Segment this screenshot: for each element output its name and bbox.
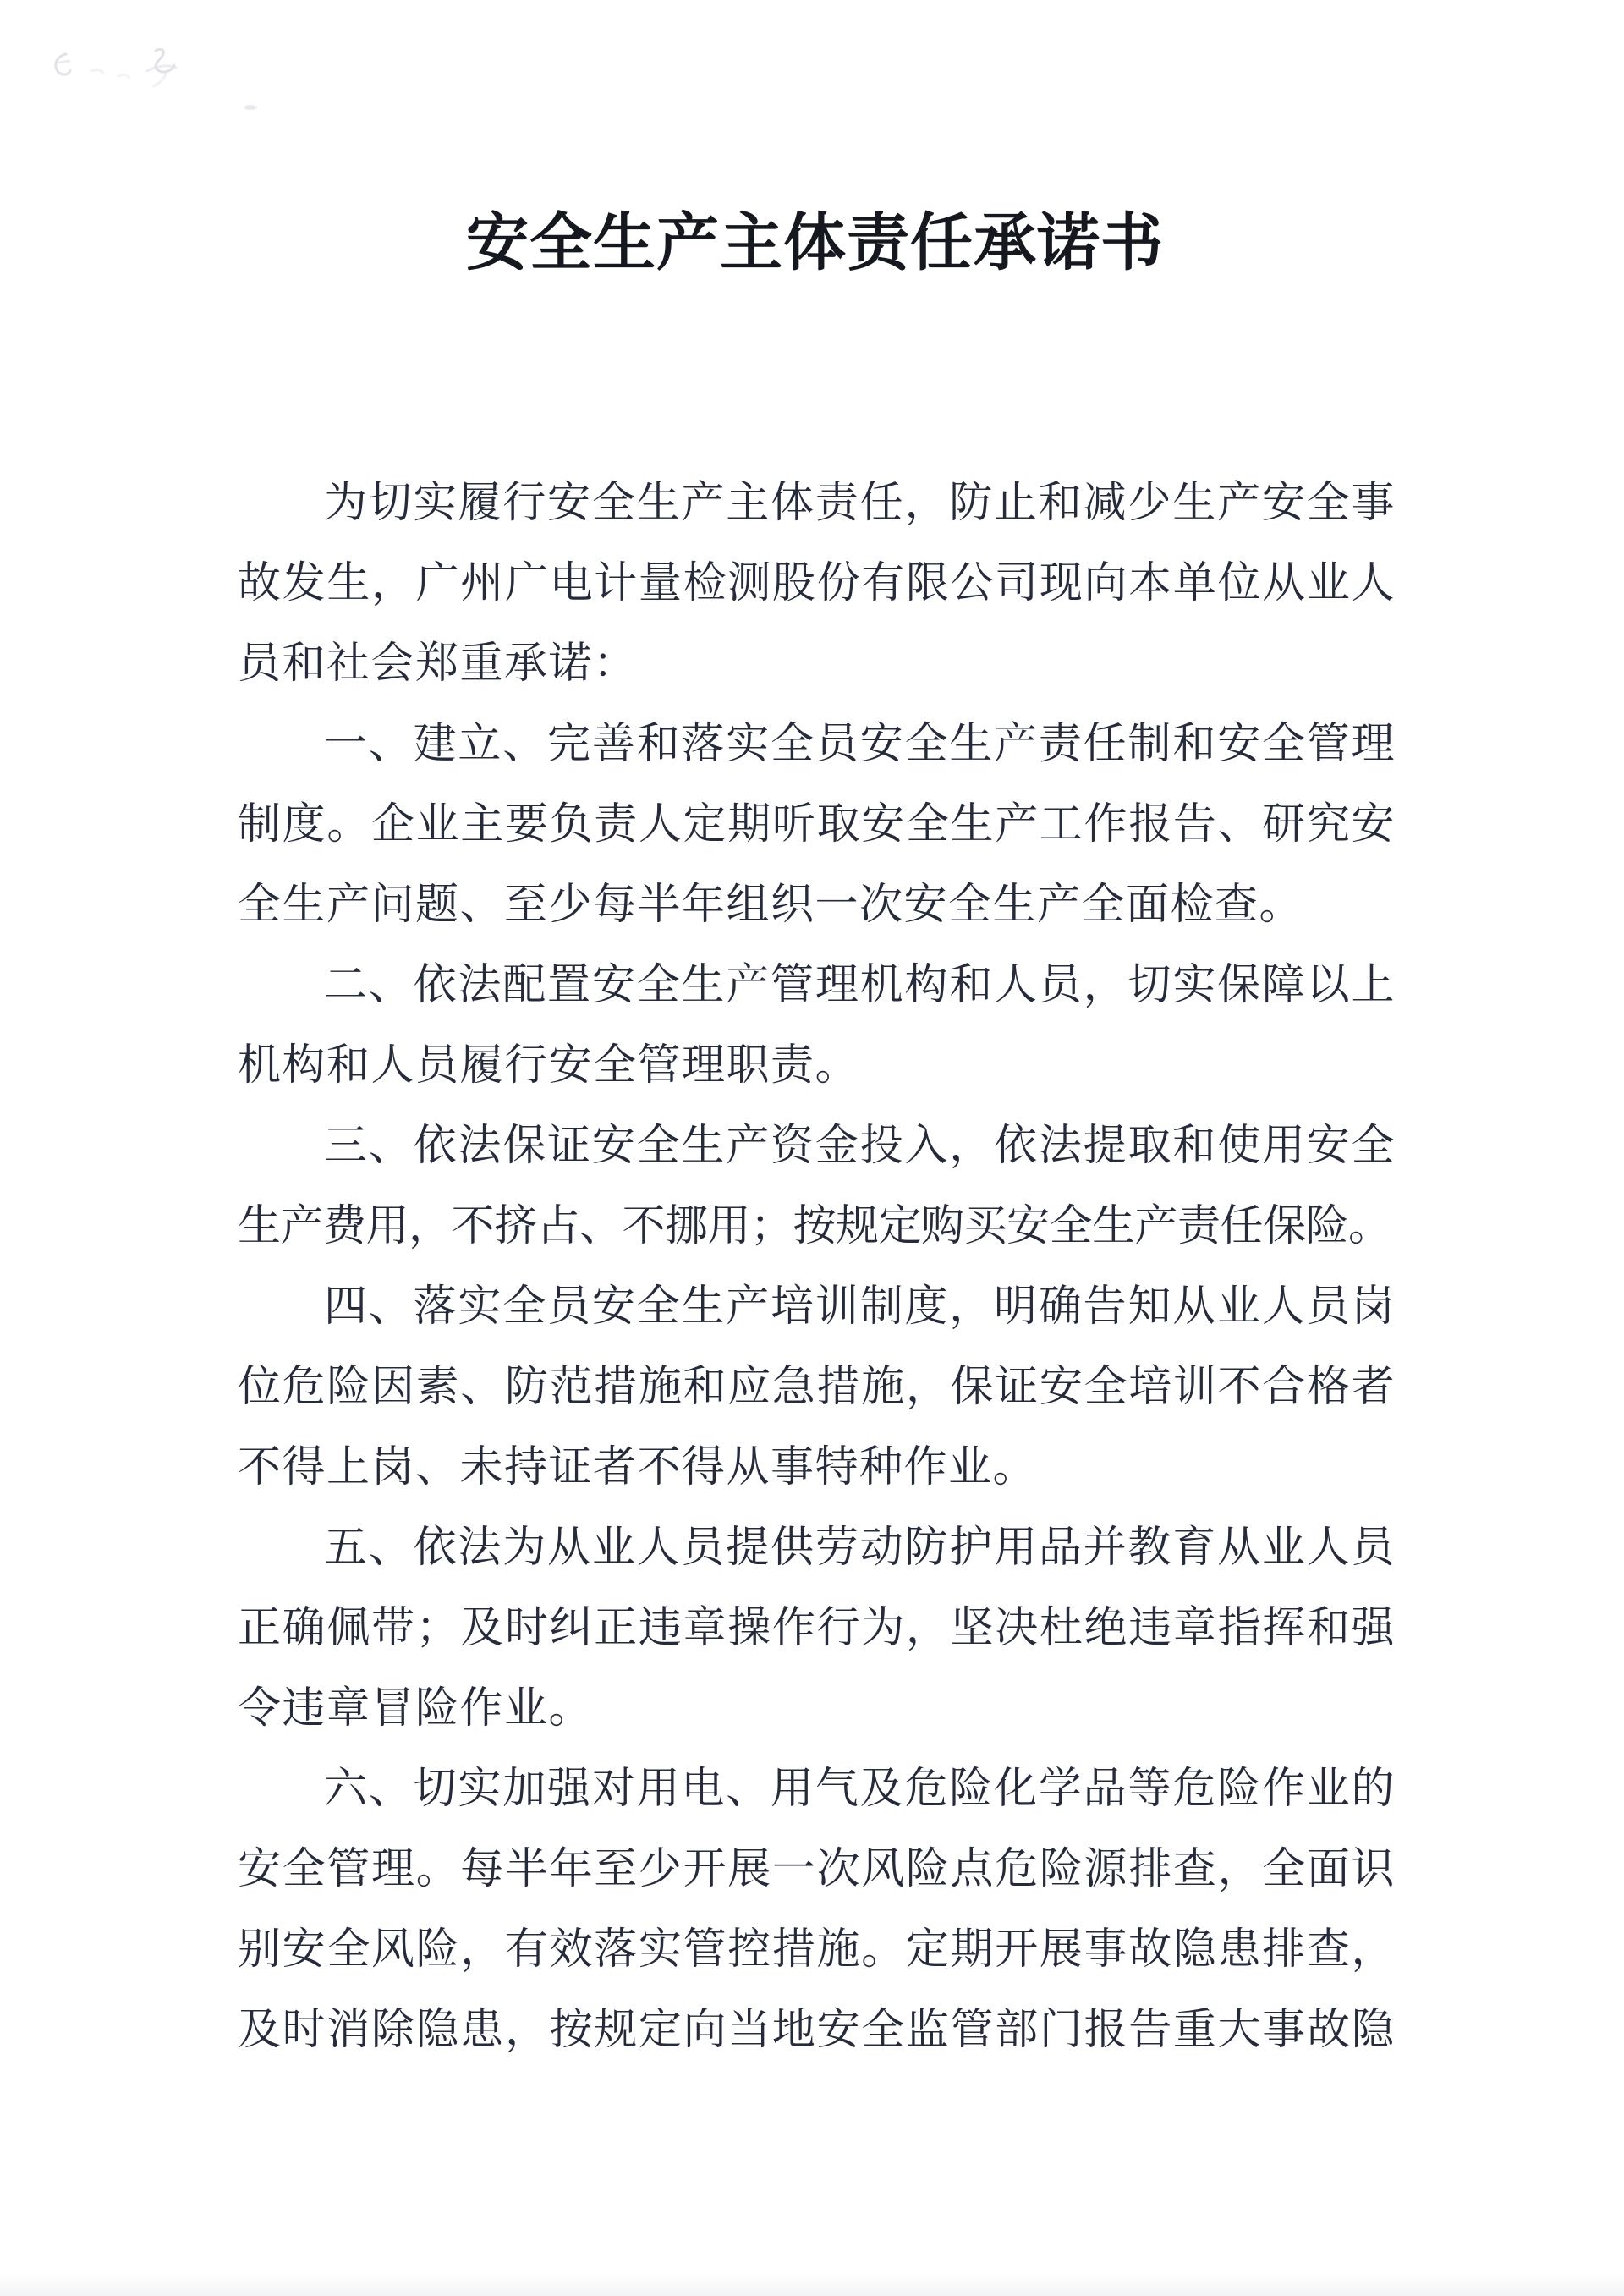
text-line: 故发生，广州广电计量检测股份有限公司现向本单位从业人 — [238, 544, 1396, 624]
text-line: 制度。企业主要负责人定期听取安全生产工作报告、研究安 — [238, 785, 1396, 865]
scanner-edge-shadow — [0, 2274, 1624, 2296]
document-body: 为切实履行安全生产主体责任，防止和减少生产安全事 故发生，广州广电计量检测股份有… — [238, 464, 1396, 2071]
text-line: 一、建立、完善和落实全员安全生产责任制和安全管理 — [238, 705, 1396, 785]
text-line: 四、落实全员安全生产培训制度，明确告知从业人员岗 — [238, 1267, 1396, 1348]
text-line: 位危险因素、防范措施和应急措施，保证安全培训不合格者 — [238, 1348, 1396, 1428]
text-line: 不得上岗、未持证者不得从事特种作业。 — [238, 1428, 1396, 1508]
document-title: 安全生产主体责任承诺书 — [236, 200, 1394, 288]
text-line: 机构和人员履行安全管理职责。 — [238, 1026, 1396, 1107]
text-line: 为切实履行安全生产主体责任，防止和减少生产安全事 — [238, 464, 1396, 544]
text-line: 三、依法保证安全生产资金投入，依法提取和使用安全 — [238, 1107, 1396, 1187]
text-line: 员和社会郑重承诺： — [238, 624, 1396, 705]
text-line: 六、切实加强对用电、用气及危险化学品等危险作业的 — [238, 1749, 1396, 1830]
scan-speck-artifact — [244, 105, 257, 110]
text-line: 令违章冒险作业。 — [238, 1669, 1396, 1749]
scanned-document-page: 安全生产主体责任承诺书 为切实履行安全生产主体责任，防止和减少生产安全事 故发生… — [0, 0, 1624, 2296]
text-line: 别安全风险，有效落实管控措施。定期开展事故隐患排查， — [238, 1910, 1396, 1991]
ink-smudge-artifact — [47, 42, 191, 102]
text-line: 正确佩带；及时纠正违章操作行为，坚决杜绝违章指挥和强 — [238, 1589, 1396, 1669]
text-line: 全生产问题、至少每半年组织一次安全生产全面检查。 — [238, 865, 1396, 946]
text-line: 五、依法为从业人员提供劳动防护用品并教育从业人员 — [238, 1508, 1396, 1589]
text-line: 生产费用，不挤占、不挪用；按规定购买安全生产责任保险。 — [238, 1187, 1396, 1267]
text-line: 安全管理。每半年至少开展一次风险点危险源排查，全面识 — [238, 1830, 1396, 1910]
text-line: 二、依法配置安全生产管理机构和人员，切实保障以上 — [238, 946, 1396, 1026]
text-line: 及时消除隐患，按规定向当地安全监管部门报告重大事故隐 — [238, 1991, 1396, 2071]
